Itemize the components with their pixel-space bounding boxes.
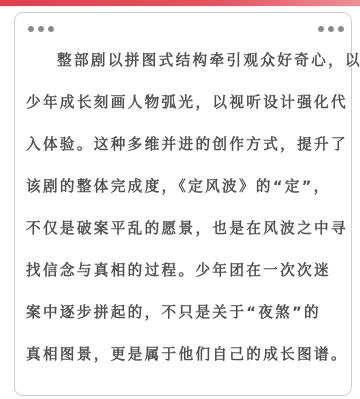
paragraph-line: 整部剧以拼图式结构牵引观众好奇心，以 xyxy=(26,43,348,85)
paragraph-line: 真相图景，更是属于他们自己的成长图谱。 xyxy=(26,337,348,379)
dot-icon xyxy=(318,26,324,32)
paragraph-line: 该剧的整体完成度，《定风波》的“定”， xyxy=(26,169,348,211)
paragraph-line: 找信念与真相的过程。少年团在一次次迷 xyxy=(26,253,348,295)
paragraph-line: 入体验。这种多维并进的创作方式，提升了 xyxy=(26,127,348,169)
dot-icon xyxy=(328,26,334,32)
paragraph: 整部剧以拼图式结构牵引观众好奇心，以 少年成长刻画人物弧光，以视听设计强化代 入… xyxy=(26,43,348,379)
dot-icon xyxy=(28,26,34,32)
dot-icon xyxy=(38,26,44,32)
text-card: 整部剧以拼图式结构牵引观众好奇心，以 少年成长刻画人物弧光，以视听设计强化代 入… xyxy=(14,12,352,396)
top-accent-bar xyxy=(0,0,360,6)
paragraph-line: 少年成长刻画人物弧光，以视听设计强化代 xyxy=(26,85,348,127)
window-dots-right xyxy=(318,26,344,32)
paragraph-line: 不仅是破案平乱的愿景，也是在风波之中寻 xyxy=(26,211,348,253)
dot-icon xyxy=(48,26,54,32)
window-dots-left xyxy=(28,26,54,32)
dot-icon xyxy=(338,26,344,32)
paragraph-line: 案中逐步拼起的，不只是关于“夜煞”的 xyxy=(26,295,348,337)
